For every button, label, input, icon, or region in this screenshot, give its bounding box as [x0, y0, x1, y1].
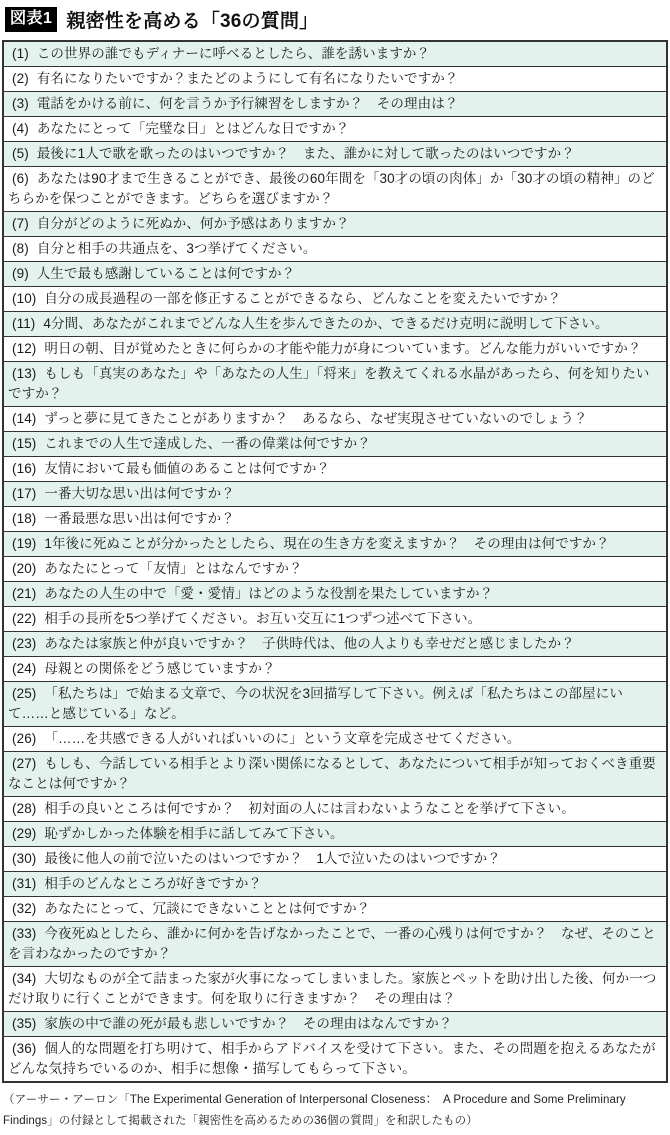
question-row: (5)最後に1人で歌を歌ったのはいつですか？ また、誰かに対して歌ったのはいつで… — [4, 141, 666, 166]
question-number: (25) — [8, 686, 44, 701]
questions-table: (1)この世界の誰でもディナーに呼べるとしたら、誰を誘いますか？ (2)有名にな… — [2, 40, 668, 1083]
question-row: (31)相手のどんなところが好きですか？ — [4, 871, 666, 896]
question-row: (16)友情において最も価値のあることは何ですか？ — [4, 456, 666, 481]
question-number: (3) — [8, 96, 37, 111]
figure-title: 親密性を高める「36の質問」 — [66, 6, 318, 33]
question-number: (8) — [8, 241, 37, 256]
question-number: (35) — [8, 1016, 44, 1031]
question-number: (18) — [8, 511, 44, 526]
question-number: (7) — [8, 216, 37, 231]
question-text: 母親との関係をどう感じていますか？ — [44, 661, 275, 676]
question-text: 有名になりたいですか？またどのようにして有名になりたいですか？ — [37, 71, 459, 86]
question-text: あなたの人生の中で「愛・愛情」はどのような役割を果たしていますか？ — [44, 586, 493, 601]
question-text: 一番大切な思い出は何ですか？ — [44, 486, 234, 501]
question-row: (3)電話をかける前に、何を言うか予行練習をしますか？ その理由は？ — [4, 91, 666, 116]
question-text: 相手のどんなところが好きですか？ — [44, 876, 262, 891]
question-row: (21)あなたの人生の中で「愛・愛情」はどのような役割を果たしていますか？ — [4, 581, 666, 606]
figure-header: 図表1 親密性を高める「36の質問」 — [0, 0, 670, 40]
question-row: (18)一番最悪な思い出は何ですか？ — [4, 506, 666, 531]
question-number: (22) — [8, 611, 44, 626]
question-row: (33)今夜死ぬとしたら、誰かに何かを告げなかったことで、一番の心残りは何ですか… — [4, 921, 666, 966]
question-number: (20) — [8, 561, 44, 576]
question-row: (4)あなたにとって「完璧な日」とはどんな日ですか？ — [4, 116, 666, 141]
question-row: (14)ずっと夢に見てきたことがありますか？ あるなら、なぜ実現させていないので… — [4, 406, 666, 431]
question-number: (6) — [8, 171, 37, 186]
question-text: あなたは家族と仲が良いですか？ 子供時代は、他の人よりも幸せだと感じましたか？ — [44, 636, 574, 651]
question-row: (7)自分がどのように死ぬか、何か予感はありますか？ — [4, 211, 666, 236]
question-number: (26) — [8, 731, 44, 746]
question-number: (2) — [8, 71, 37, 86]
question-row: (2)有名になりたいですか？またどのようにして有名になりたいですか？ — [4, 66, 666, 91]
question-text: 大切なものが全て詰まった家が火事になってしまいました。家族とペットを助け出した後… — [8, 971, 656, 1006]
question-number: (19) — [8, 536, 44, 551]
question-row: (13)もしも「真実のあなた」や「あなたの人生」「将来」を教えてくれる水晶があっ… — [4, 361, 666, 406]
question-row: (6)あなたは90才まで生きることができ、最後の60年間を「30才の頃の肉体」か… — [4, 166, 666, 211]
question-text: 最後に他人の前で泣いたのはいつですか？ 1人で泣いたのはいつですか？ — [44, 851, 500, 866]
question-text: 自分がどのように死ぬか、何か予感はありますか？ — [37, 216, 350, 231]
question-row: (26)「……を共感できる人がいればいいのに」という文章を完成させてください。 — [4, 726, 666, 751]
question-row: (30)最後に他人の前で泣いたのはいつですか？ 1人で泣いたのはいつですか？ — [4, 846, 666, 871]
question-number: (10) — [8, 291, 44, 306]
question-text: 「……を共感できる人がいればいいのに」という文章を完成させてください。 — [44, 731, 520, 746]
question-text: 人生で最も感謝していることは何ですか？ — [37, 266, 295, 281]
question-text: ずっと夢に見てきたことがありますか？ あるなら、なぜ実現させていないのでしょう？ — [44, 411, 587, 426]
question-text: 最後に1人で歌を歌ったのはいつですか？ また、誰かに対して歌ったのはいつですか？ — [37, 146, 575, 161]
question-row: (12)明日の朝、目が覚めたときに何らかの才能や能力が身についています。どんな能… — [4, 336, 666, 361]
question-text: 相手の長所を5つ挙げてください。お互い交互に1つずつ述べて下さい。 — [44, 611, 481, 626]
figure-badge: 図表1 — [5, 7, 57, 32]
source-note: （アーサー・アーロン「The Experimental Generation o… — [0, 1083, 670, 1135]
question-row: (34)大切なものが全て詰まった家が火事になってしまいました。家族とペットを助け… — [4, 966, 666, 1011]
question-row: (36)個人的な問題を打ち明けて、相手からアドバイスを受けて下さい。また、その問… — [4, 1036, 666, 1081]
question-text: これまでの人生で達成した、一番の偉業は何ですか？ — [44, 436, 370, 451]
question-row: (25)「私たちは」で始まる文章で、今の状況を3回描写して下さい。例えば「私たち… — [4, 681, 666, 726]
question-text: 家族の中で誰の死が最も悲しいですか？ その理由はなんですか？ — [44, 1016, 452, 1031]
question-number: (17) — [8, 486, 44, 501]
question-text: 明日の朝、目が覚めたときに何らかの才能や能力が身についています。どんな能力がいい… — [44, 341, 641, 356]
question-row: (22)相手の長所を5つ挙げてください。お互い交互に1つずつ述べて下さい。 — [4, 606, 666, 631]
question-text: もしも、今話している相手とより深い関係になるとして、あなたについて相手が知ってお… — [8, 756, 656, 791]
question-number: (30) — [8, 851, 44, 866]
question-row: (19)1年後に死ぬことが分かったとしたら、現在の生き方を変えますか？ その理由… — [4, 531, 666, 556]
question-row: (11)4分間、あなたがこれまでどんな人生を歩んできたのか、できるだけ克明に説明… — [4, 311, 666, 336]
question-number: (33) — [8, 926, 44, 941]
question-number: (15) — [8, 436, 44, 451]
question-text: 自分の成長過程の一部を修正することができるなら、どんなことを変えたいですか？ — [44, 291, 561, 306]
question-number: (36) — [8, 1041, 44, 1056]
question-number: (34) — [8, 971, 44, 986]
question-row: (1)この世界の誰でもディナーに呼べるとしたら、誰を誘いますか？ — [4, 42, 666, 66]
question-number: (21) — [8, 586, 44, 601]
question-number: (23) — [8, 636, 44, 651]
question-number: (14) — [8, 411, 44, 426]
question-text: あなたは90才まで生きることができ、最後の60年間を「30才の頃の肉体」か「30… — [8, 171, 655, 206]
question-text: あなたにとって「友情」とはなんですか？ — [44, 561, 302, 576]
question-text: 1年後に死ぬことが分かったとしたら、現在の生き方を変えますか？ その理由は何です… — [44, 536, 609, 551]
question-row: (29)恥ずかしかった体験を相手に話してみて下さい。 — [4, 821, 666, 846]
question-text: 4分間、あなたがこれまでどんな人生を歩んできたのか、できるだけ克明に説明して下さ… — [43, 316, 608, 331]
question-number: (32) — [8, 901, 44, 916]
question-row: (15)これまでの人生で達成した、一番の偉業は何ですか？ — [4, 431, 666, 456]
question-number: (9) — [8, 266, 37, 281]
question-row: (8)自分と相手の共通点を、3つ挙げてください。 — [4, 236, 666, 261]
question-row: (20)あなたにとって「友情」とはなんですか？ — [4, 556, 666, 581]
question-text: 恥ずかしかった体験を相手に話してみて下さい。 — [44, 826, 343, 841]
question-row: (28)相手の良いところは何ですか？ 初対面の人には言わないようなことを挙げて下… — [4, 796, 666, 821]
question-number: (11) — [8, 316, 43, 331]
question-number: (29) — [8, 826, 44, 841]
question-number: (16) — [8, 461, 44, 476]
question-number: (13) — [8, 366, 44, 381]
question-text: 自分と相手の共通点を、3つ挙げてください。 — [37, 241, 317, 256]
question-number: (28) — [8, 801, 44, 816]
question-text: この世界の誰でもディナーに呼べるとしたら、誰を誘いますか？ — [37, 46, 430, 61]
question-row: (10)自分の成長過程の一部を修正することができるなら、どんなことを変えたいです… — [4, 286, 666, 311]
question-row: (23)あなたは家族と仲が良いですか？ 子供時代は、他の人よりも幸せだと感じまし… — [4, 631, 666, 656]
question-text: 友情において最も価値のあることは何ですか？ — [44, 461, 330, 476]
question-text: 今夜死ぬとしたら、誰かに何かを告げなかったことで、一番の心残りは何ですか？ なぜ… — [8, 926, 656, 961]
question-row: (24)母親との関係をどう感じていますか？ — [4, 656, 666, 681]
question-number: (1) — [8, 46, 37, 61]
question-number: (24) — [8, 661, 44, 676]
question-text: あなたにとって、冗談にできないこととは何ですか？ — [44, 901, 370, 916]
question-number: (4) — [8, 121, 37, 136]
question-text: 一番最悪な思い出は何ですか？ — [44, 511, 234, 526]
question-row: (9)人生で最も感謝していることは何ですか？ — [4, 261, 666, 286]
question-row: (32)あなたにとって、冗談にできないこととは何ですか？ — [4, 896, 666, 921]
question-row: (27)もしも、今話している相手とより深い関係になるとして、あなたについて相手が… — [4, 751, 666, 796]
question-number: (27) — [8, 756, 44, 771]
question-row: (35)家族の中で誰の死が最も悲しいですか？ その理由はなんですか？ — [4, 1011, 666, 1036]
question-text: 「私たちは」で始まる文章で、今の状況を3回描写して下さい。例えば「私たちはこの部… — [8, 686, 623, 721]
question-row: (17)一番大切な思い出は何ですか？ — [4, 481, 666, 506]
question-text: 電話をかける前に、何を言うか予行練習をしますか？ その理由は？ — [37, 96, 459, 111]
question-text: あなたにとって「完璧な日」とはどんな日ですか？ — [37, 121, 350, 136]
question-text: もしも「真実のあなた」や「あなたの人生」「将来」を教えてくれる水晶があったら、何… — [8, 366, 650, 401]
question-number: (31) — [8, 876, 44, 891]
question-text: 相手の良いところは何ですか？ 初対面の人には言わないようなことを挙げて下さい。 — [44, 801, 574, 816]
question-text: 個人的な問題を打ち明けて、相手からアドバイスを受けて下さい。また、その問題を抱え… — [8, 1041, 656, 1076]
question-number: (12) — [8, 341, 44, 356]
question-number: (5) — [8, 146, 37, 161]
